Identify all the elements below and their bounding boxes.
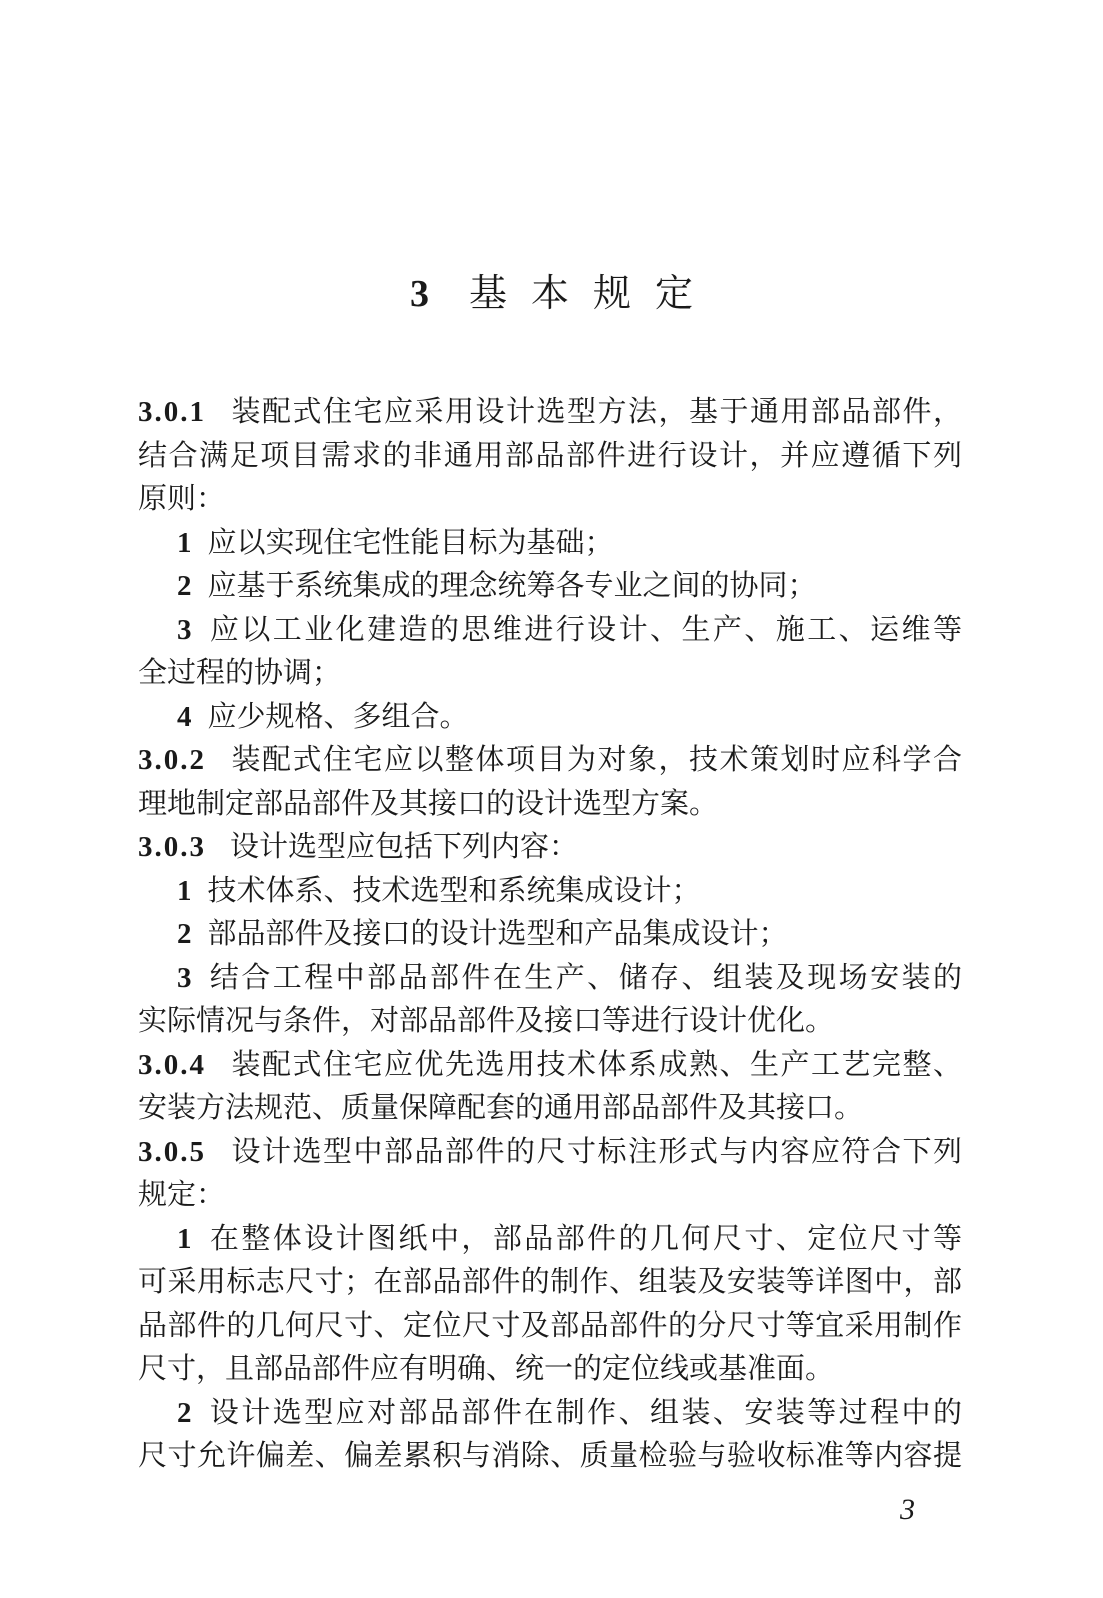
- line-text: 原则：: [138, 483, 225, 515]
- line-text: 装配式住宅应以整体项目为对象，技术策划时应科学合: [230, 744, 962, 776]
- text-line: 品部件的几何尺寸、定位尺寸及部品部件的分尺寸等宜采用制作: [138, 1305, 962, 1349]
- text-line: 实际情况与条件，对部品部件及接口等进行设计优化。: [138, 1000, 962, 1044]
- line-text: 应少规格、多组合。: [208, 701, 469, 733]
- text-line: 原则：: [138, 478, 962, 522]
- text-line: 可采用标志尺寸；在部品部件的制作、组装及安装等详图中，部: [138, 1261, 962, 1305]
- text-line: 1技术体系、技术选型和系统集成设计；: [138, 870, 962, 914]
- text-line: 理地制定部品部件及其接口的设计选型方案。: [138, 783, 962, 827]
- clause-number: 3.0.4: [138, 1049, 206, 1081]
- chapter-title: 基本规定: [469, 273, 717, 315]
- item-number: 3: [177, 614, 192, 646]
- item-number: 2: [177, 1397, 192, 1429]
- text-line: 3.0.2装配式住宅应以整体项目为对象，技术策划时应科学合: [138, 739, 962, 783]
- item-number: 1: [177, 875, 192, 907]
- item-number: 1: [177, 527, 192, 559]
- text-line: 1应以实现住宅性能目标为基础；: [138, 522, 962, 566]
- line-text: 设计选型中部品部件的尺寸标注形式与内容应符合下列: [230, 1136, 962, 1168]
- text-line: 2设计选型应对部品部件在制作、组装、安装等过程中的: [138, 1392, 962, 1436]
- item-number: 1: [177, 1223, 192, 1255]
- line-text: 理地制定部品部件及其接口的设计选型方案。: [138, 788, 718, 820]
- item-number: 2: [177, 918, 192, 950]
- chapter-number: 3: [410, 273, 429, 315]
- line-text: 可采用标志尺寸；在部品部件的制作、组装及安装等详图中，部: [138, 1266, 962, 1298]
- text-line: 3结合工程中部品部件在生产、储存、组装及现场安装的: [138, 957, 962, 1001]
- text-line: 安装方法规范、质量保障配套的通用部品部件及其接口。: [138, 1087, 962, 1131]
- text-line: 3应以工业化建造的思维进行设计、生产、施工、运维等: [138, 609, 962, 653]
- document-body: 3.0.1装配式住宅应采用设计选型方法，基于通用部品部件，结合满足项目需求的非通…: [138, 391, 962, 1479]
- text-line: 全过程的协调；: [138, 652, 962, 696]
- line-text: 装配式住宅应优先选用技术体系成熟、生产工艺完整、: [230, 1049, 962, 1081]
- line-text: 实际情况与条件，对部品部件及接口等进行设计优化。: [138, 1005, 834, 1037]
- line-text: 设计选型应包括下列内容：: [230, 831, 578, 863]
- line-text: 在整体设计图纸中，部品部件的几何尺寸、定位尺寸等: [208, 1223, 963, 1255]
- text-line: 1在整体设计图纸中，部品部件的几何尺寸、定位尺寸等: [138, 1218, 962, 1262]
- clause-number: 3.0.1: [138, 396, 206, 428]
- line-text: 安装方法规范、质量保障配套的通用部品部件及其接口。: [138, 1092, 863, 1124]
- text-line: 2应基于系统集成的理念统筹各专业之间的协同；: [138, 565, 962, 609]
- text-line: 3.0.3设计选型应包括下列内容：: [138, 826, 962, 870]
- line-text: 尺寸允许偏差、偏差累积与消除、质量检验与验收标准等内容提: [138, 1440, 962, 1472]
- line-text: 应基于系统集成的理念统筹各专业之间的协同；: [208, 570, 817, 602]
- clause-number: 3.0.5: [138, 1136, 206, 1168]
- text-line: 3.0.5设计选型中部品部件的尺寸标注形式与内容应符合下列: [138, 1131, 962, 1175]
- text-line: 3.0.4装配式住宅应优先选用技术体系成熟、生产工艺完整、: [138, 1044, 962, 1088]
- text-line: 尺寸，且部品部件应有明确、统一的定位线或基准面。: [138, 1348, 962, 1392]
- line-text: 全过程的协调；: [138, 657, 341, 689]
- line-text: 设计选型应对部品部件在制作、组装、安装等过程中的: [208, 1397, 963, 1429]
- text-line: 3.0.1装配式住宅应采用设计选型方法，基于通用部品部件，: [138, 391, 962, 435]
- item-number: 3: [177, 962, 192, 994]
- line-text: 结合工程中部品部件在生产、储存、组装及现场安装的: [208, 962, 963, 994]
- document-page: 3基本规定 3.0.1装配式住宅应采用设计选型方法，基于通用部品部件，结合满足项…: [0, 0, 1103, 1598]
- chapter-heading: 3基本规定: [0, 271, 1103, 317]
- text-line: 规定：: [138, 1174, 962, 1218]
- text-line: 4应少规格、多组合。: [138, 696, 962, 740]
- line-text: 部品部件及接口的设计选型和产品集成设计；: [208, 918, 788, 950]
- line-text: 应以工业化建造的思维进行设计、生产、施工、运维等: [208, 614, 963, 646]
- line-text: 结合满足项目需求的非通用部品部件进行设计，并应遵循下列: [138, 440, 962, 472]
- item-number: 4: [177, 701, 192, 733]
- line-text: 品部件的几何尺寸、定位尺寸及部品部件的分尺寸等宜采用制作: [138, 1310, 962, 1342]
- text-line: 2部品部件及接口的设计选型和产品集成设计；: [138, 913, 962, 957]
- clause-number: 3.0.3: [138, 831, 206, 863]
- clause-number: 3.0.2: [138, 744, 206, 776]
- line-text: 规定：: [138, 1179, 225, 1211]
- line-text: 装配式住宅应采用设计选型方法，基于通用部品部件，: [230, 396, 962, 428]
- item-number: 2: [177, 570, 192, 602]
- line-text: 尺寸，且部品部件应有明确、统一的定位线或基准面。: [138, 1353, 834, 1385]
- line-text: 应以实现住宅性能目标为基础；: [208, 527, 614, 559]
- page-number: 3: [0, 1490, 915, 1530]
- text-line: 尺寸允许偏差、偏差累积与消除、质量检验与验收标准等内容提: [138, 1435, 962, 1479]
- line-text: 技术体系、技术选型和系统集成设计；: [208, 875, 701, 907]
- text-line: 结合满足项目需求的非通用部品部件进行设计，并应遵循下列: [138, 435, 962, 479]
